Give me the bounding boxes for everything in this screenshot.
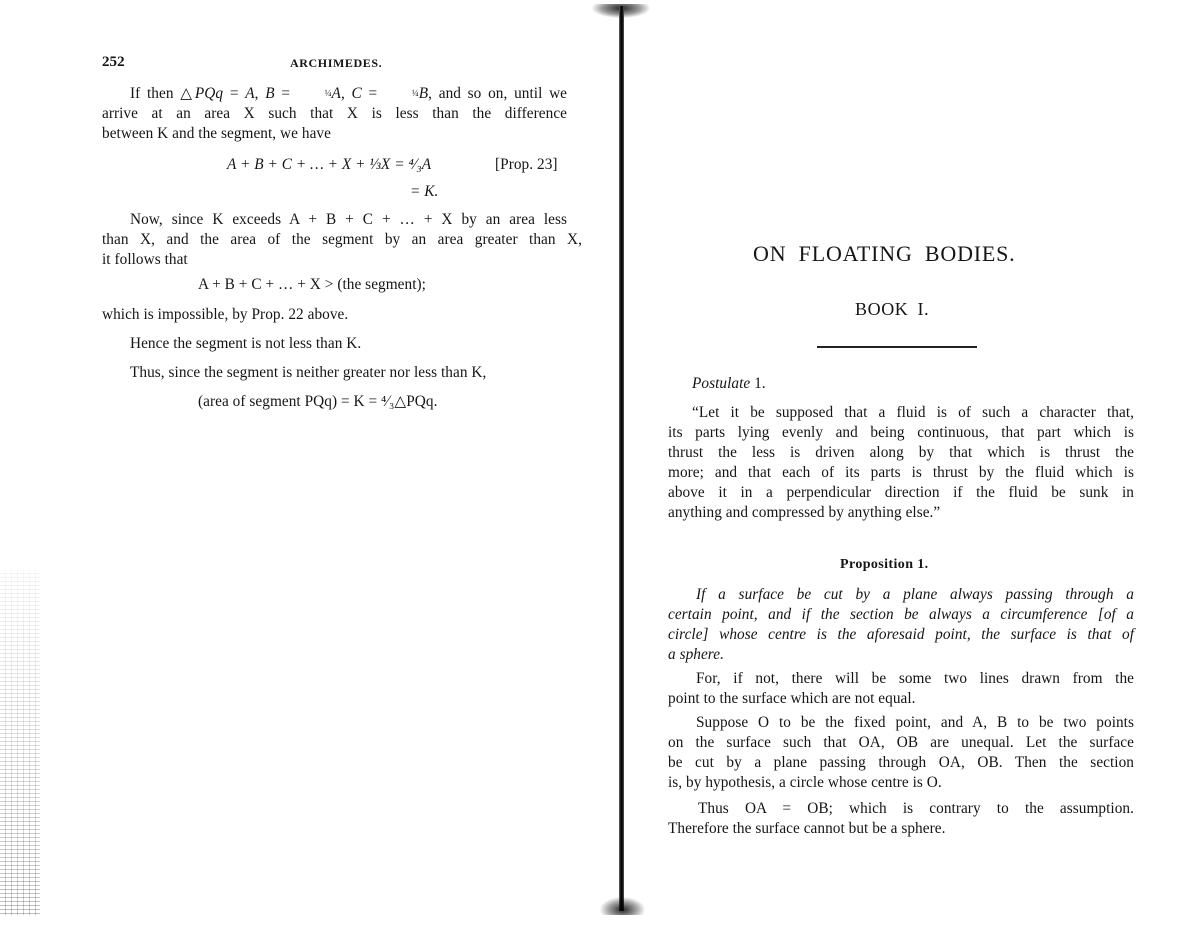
left-para1-line1: If then △PQq = A, B = ¼A, C = ¼B, and so… xyxy=(102,84,567,104)
postulate-number: 1. xyxy=(754,375,766,392)
left-para2-line3: it follows that xyxy=(102,250,188,270)
proof-p3-line-2: Therefore the surface cannot but be a sp… xyxy=(668,819,945,839)
postulate-line-6: anything and compressed by anything else… xyxy=(668,503,1134,523)
scan-edge-noise xyxy=(0,570,40,915)
proposition-heading: Proposition 1. xyxy=(840,555,929,575)
postulate-line-2: its parts lying evenly and being continu… xyxy=(668,423,1134,443)
postulate-line-4: more; and that each of its parts is thru… xyxy=(668,463,1134,483)
proof-p1-line-1: For, if not, there will be some two line… xyxy=(668,669,1134,689)
proposition-line-1: If a surface be cut by a plane always pa… xyxy=(668,585,1134,605)
line-hence: Hence the segment is not less than K. xyxy=(130,334,361,354)
postulate-line-5: above it in a perpendicular direction if… xyxy=(668,483,1134,503)
equation-prop23: A + B + C + … + X + ⅓X = ⁴⁄₃A xyxy=(227,155,431,175)
proof-p2-line-4: is, by hypothesis, a circle whose centre… xyxy=(668,773,942,793)
left-para2-line2: than X, and the area of the segment by a… xyxy=(102,230,582,250)
postulate-heading: Postulate 1. xyxy=(692,374,766,394)
equation-continuation: = K. xyxy=(410,182,438,202)
treatise-title: ON FLOATING BODIES. xyxy=(753,240,1015,268)
left-page: 252 ARCHIMEDES. If then △PQq = A, B = ¼A… xyxy=(0,0,600,927)
proof-p2-line-3: be cut by a plane passing through OA, OB… xyxy=(668,753,1134,773)
line-thus: Thus, since the segment is neither great… xyxy=(130,363,486,383)
inequality-equation: A + B + C + … + X > (the segment); xyxy=(198,275,426,295)
proof-p3-line-1: Thus OA = OB; which is contrary to the a… xyxy=(668,799,1134,819)
book-heading: BOOK I. xyxy=(855,297,929,321)
postulate-label: Postulate xyxy=(692,375,750,392)
equation-reference: [Prop. 23] xyxy=(495,155,558,175)
proposition-line-4: a sphere. xyxy=(668,645,724,665)
proof-p2-line-2: on the surface such that OA, OB are uneq… xyxy=(668,733,1134,753)
proposition-line-2: certain point, and if the section be alw… xyxy=(668,605,1134,625)
left-para1-line2: arrive at an area X such that X is less … xyxy=(102,104,567,124)
postulate-line-3: thrust the less is driven along by that … xyxy=(668,443,1134,463)
proposition-line-3: circle] whose centre is the aforesaid po… xyxy=(668,625,1134,645)
running-head: ARCHIMEDES. xyxy=(290,53,382,73)
section-divider xyxy=(817,346,977,348)
line-impossible: which is impossible, by Prop. 22 above. xyxy=(102,305,348,325)
left-para2-line1: Now, since K exceeds A + B + C + … + X b… xyxy=(102,210,567,230)
page-number: 252 xyxy=(102,52,125,72)
postulate-line-1: “Let it be supposed that a fluid is of s… xyxy=(668,403,1134,423)
proof-p2-line-1: Suppose O to be the fixed point, and A, … xyxy=(668,713,1134,733)
left-para1-line3: between K and the segment, we have xyxy=(102,124,567,144)
proof-p1-line-2: point to the surface which are not equal… xyxy=(668,689,916,709)
segment-area-equation: (area of segment PQq) = K = ⁴⁄₃△PQq. xyxy=(198,392,437,412)
